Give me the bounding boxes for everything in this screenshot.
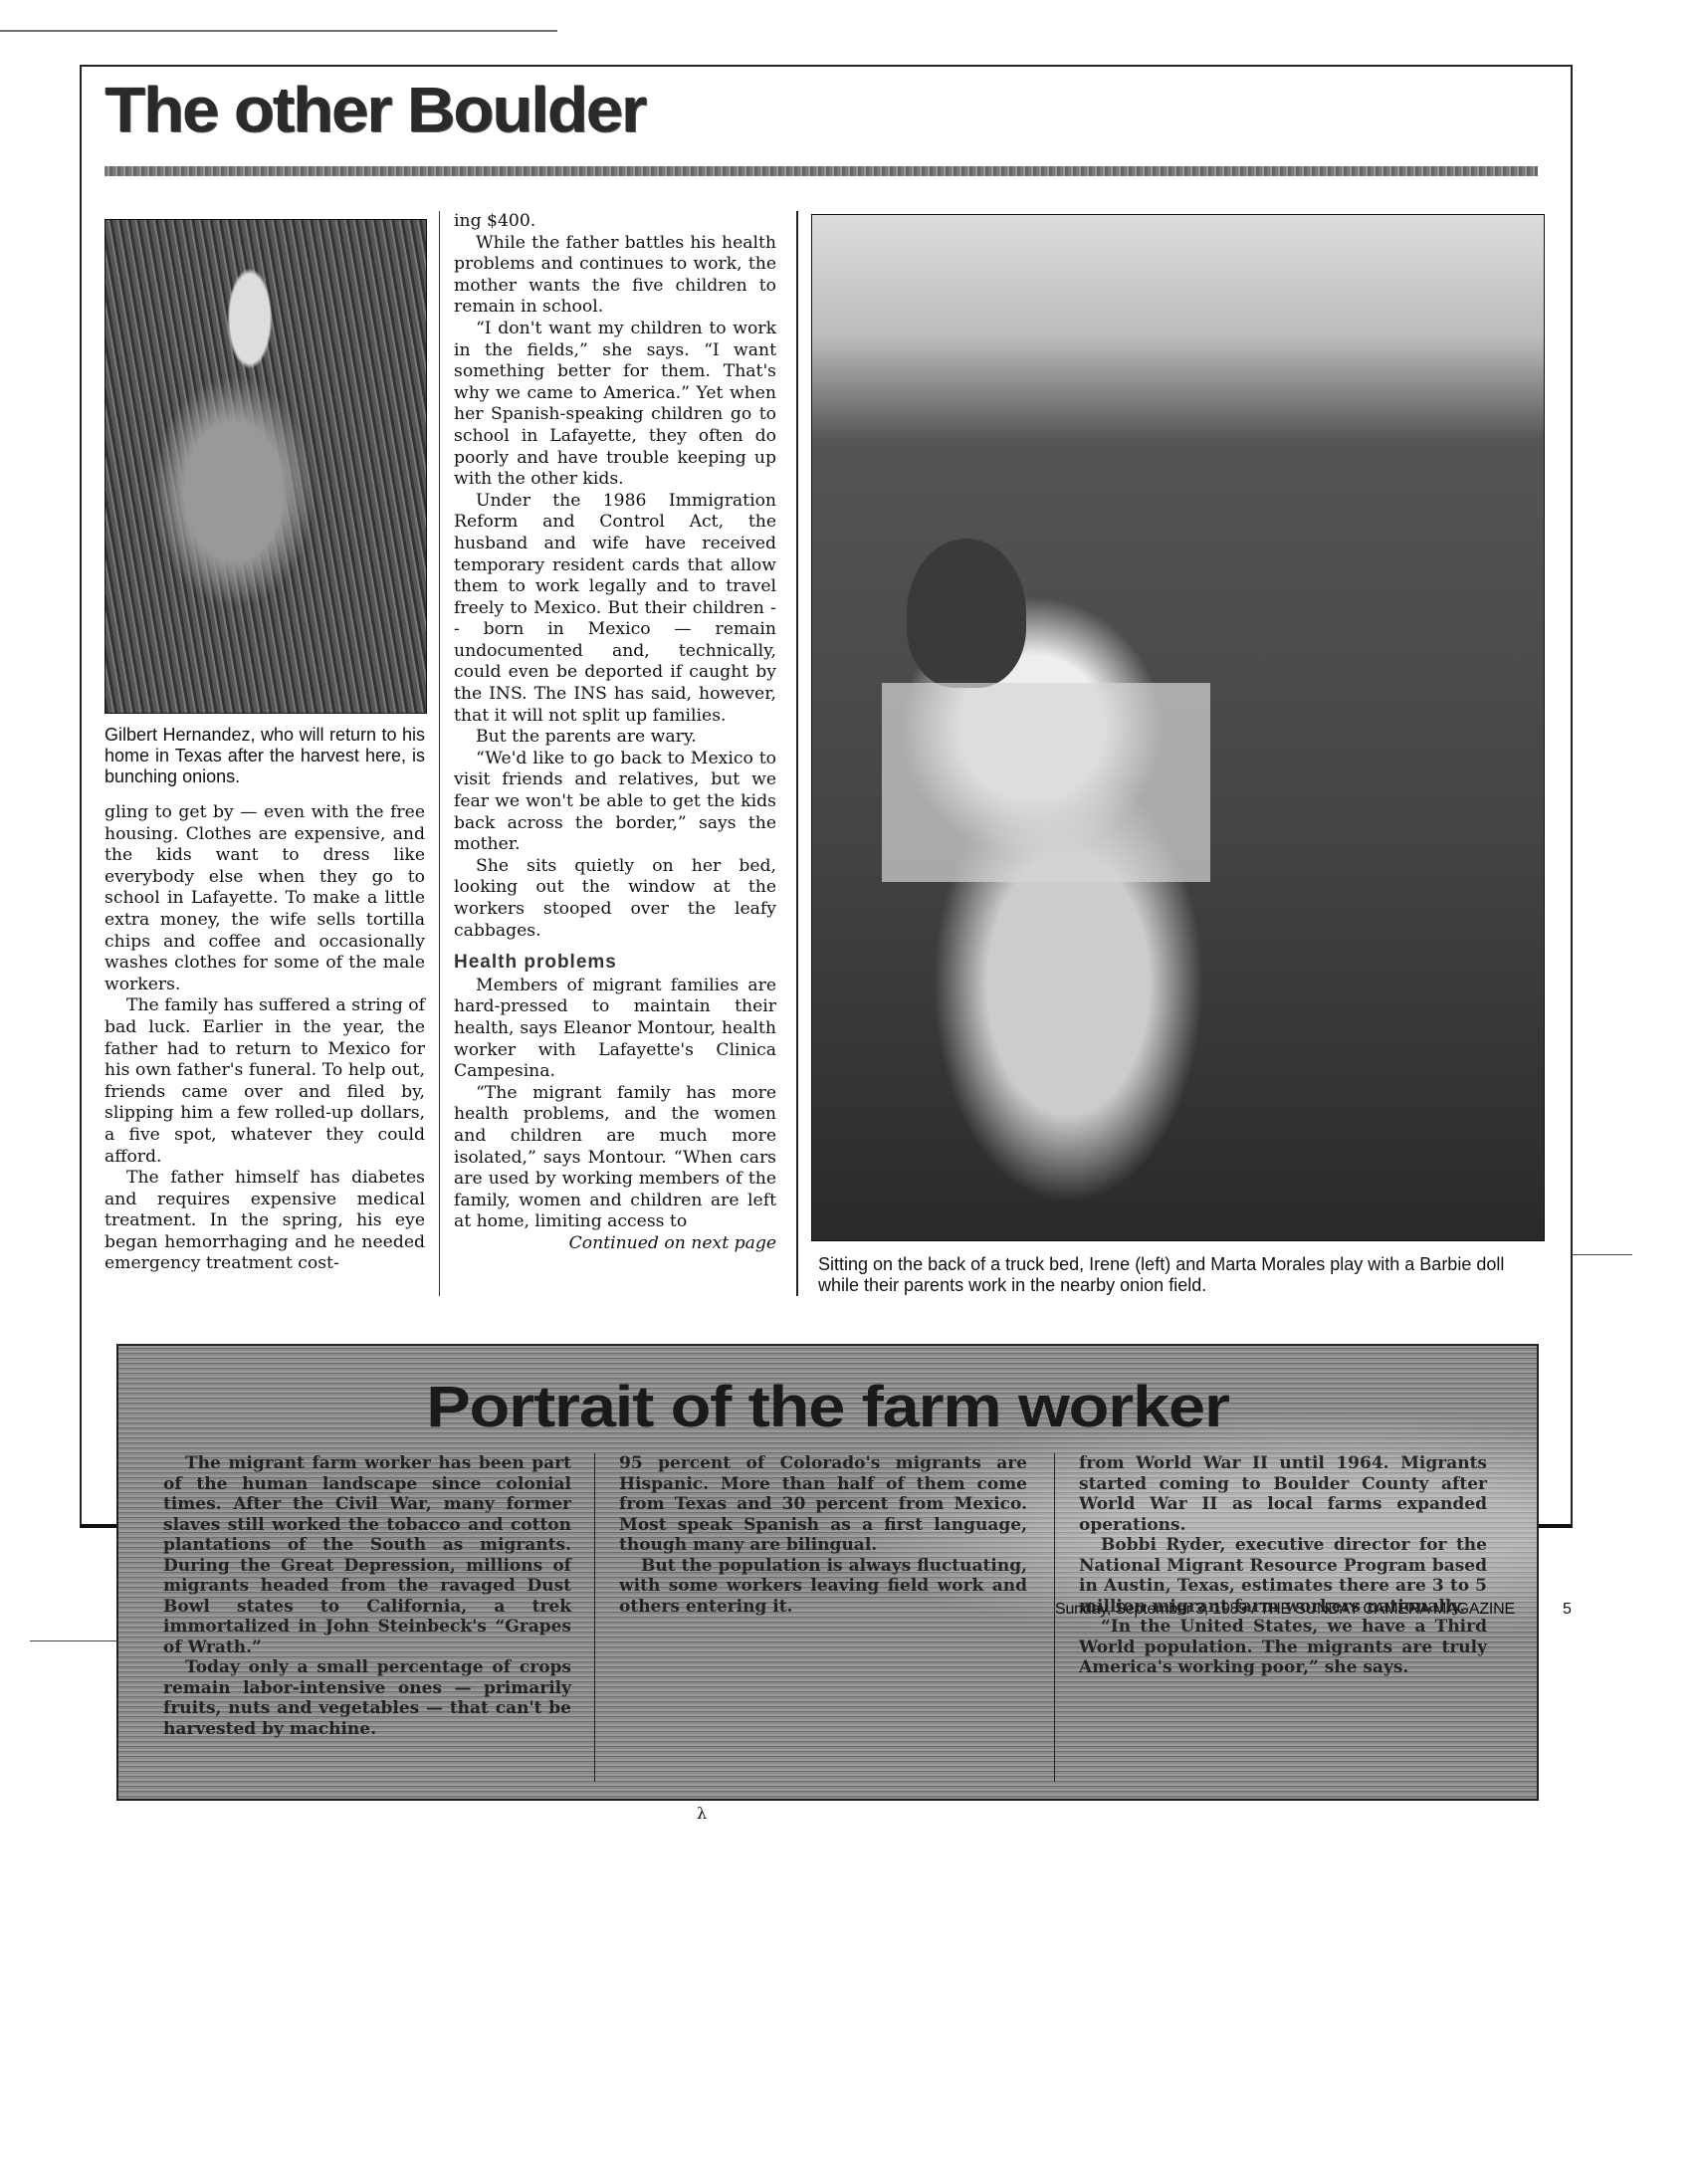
stray-glyph: λ [697, 1804, 707, 1823]
article-headline: The other Boulder [105, 78, 645, 141]
paragraph: 95 percent of Colorado's migrants are Hi… [619, 1453, 1027, 1556]
paragraph: “I don't want my children to work in the… [454, 319, 776, 491]
paragraph: gling to get by — even with the free hou… [105, 802, 425, 995]
photo-figure [882, 683, 1210, 882]
paragraph: “In the United States, we have a Third W… [1079, 1617, 1487, 1678]
photo-figure [907, 539, 1026, 688]
paragraph: from World War II until 1964. Migrants s… [1079, 1453, 1487, 1535]
sidebar-box: Portrait of the farm worker The migrant … [116, 1344, 1539, 1801]
scan-artifact-mark [1573, 1254, 1632, 1255]
paragraph: While the father battles his health prob… [454, 233, 776, 319]
paragraph: She sits quietly on her bed, looking out… [454, 856, 776, 942]
sidebar-column-2: 95 percent of Colorado's migrants are Hi… [619, 1453, 1027, 1617]
sidebar-column-1: The migrant farm worker has been part of… [163, 1453, 571, 1739]
photo-caption-right: Sitting on the back of a truck bed, Iren… [818, 1254, 1540, 1296]
paragraph: Under the 1986 Immigration Reform and Co… [454, 491, 776, 728]
photo-caption-left: Gilbert Hernandez, who will return to hi… [105, 725, 425, 787]
article-column-2: ing $400. While the father battles his h… [454, 211, 776, 1255]
paragraph: The father himself has diabetes and requ… [105, 1168, 425, 1275]
paragraph: Members of migrant families are hard-pre… [454, 976, 776, 1083]
continued-on-next-page: Continued on next page [454, 1233, 776, 1255]
page-footer: Sunday, September 3, 1989 / THE SUNDAY C… [1055, 1601, 1515, 1619]
paragraph: But the parents are wary. [454, 727, 776, 749]
column-divider [439, 211, 440, 1296]
paragraph: “We'd like to go back to Mexico to visit… [454, 749, 776, 856]
paragraph: The migrant farm worker has been part of… [163, 1453, 571, 1657]
sidebar-column-divider [594, 1453, 595, 1782]
paragraph: “The migrant family has more health prob… [454, 1083, 776, 1233]
paragraph: ing $400. [454, 211, 776, 233]
subhead-health-problems: Health problems [454, 952, 776, 974]
article-column-1: gling to get by — even with the free hou… [105, 802, 425, 1275]
headline-rule [105, 166, 1538, 176]
paragraph: The family has suffered a string of bad … [105, 995, 425, 1168]
photo-children-truck-bed [811, 214, 1545, 1241]
sidebar-column-3: from World War II until 1964. Migrants s… [1079, 1453, 1487, 1678]
page-number: 5 [1563, 1601, 1572, 1619]
scan-artifact-line [0, 30, 557, 32]
column-divider [796, 211, 798, 1296]
paragraph: Today only a small percentage of crops r… [163, 1657, 571, 1739]
paragraph: But the population is always fluctuating… [619, 1556, 1027, 1618]
photo-onion-worker [105, 219, 427, 714]
footer-dateline: Sunday, September 3, 1989 / THE SUNDAY C… [1055, 1601, 1515, 1618]
sidebar-title: Portrait of the farm worker [116, 1374, 1539, 1440]
